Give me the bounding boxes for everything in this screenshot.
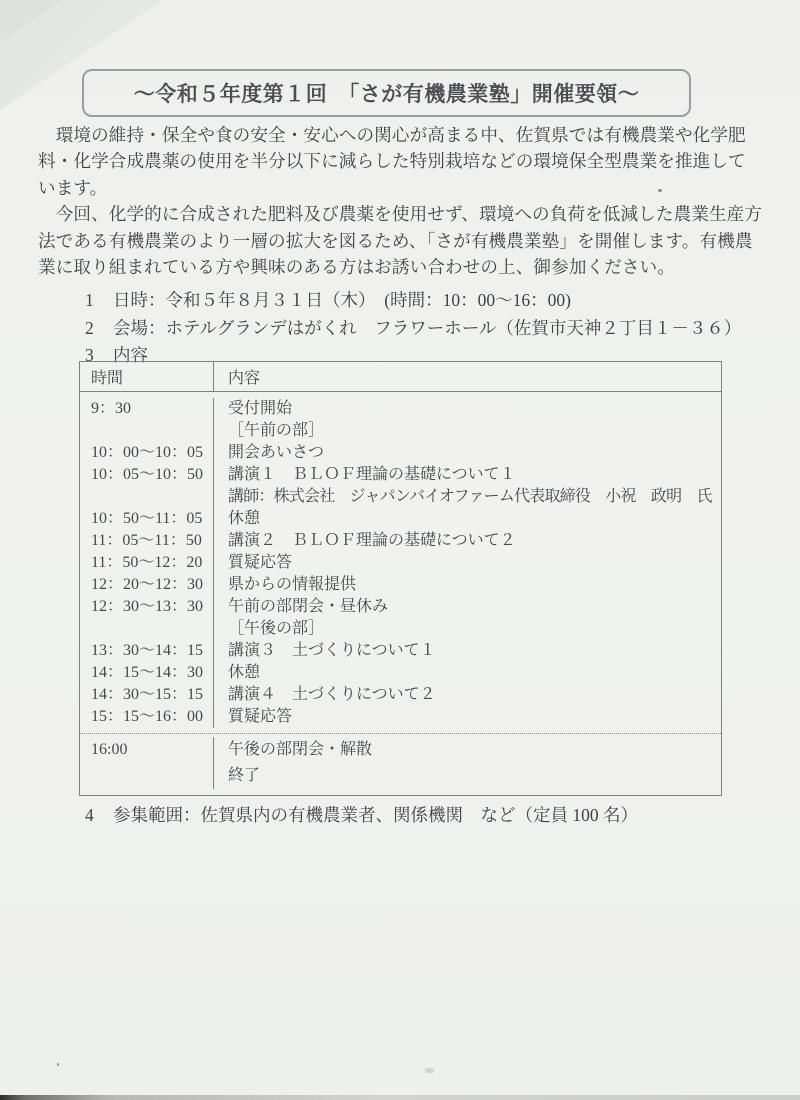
schedule-content: 午前の部閉会・昼休み (214, 596, 721, 618)
schedule-time: 10：00～10：05 (80, 442, 214, 464)
schedule-content: 休憩 (214, 508, 721, 530)
schedule-content: 開会あいさつ (214, 442, 721, 464)
schedule-row: 14：30～15：15 講演４ 土づくりについて２ (80, 684, 721, 706)
schedule-row: 16:00 午後の部閉会・解散 (80, 737, 721, 763)
schedule-row: ［午前の部］ (80, 420, 721, 442)
schedule-time: 12：30～13：30 (80, 596, 214, 618)
col-header-content: 内容 (214, 362, 721, 391)
schedule-row: 11：05～11：50 講演２ ＢＬＯＦ理論の基礎について２ (80, 530, 721, 552)
schedule-content: 受付開始 (214, 398, 721, 420)
scan-speck (658, 189, 662, 192)
schedule-row: 12：20～12：30 県からの情報提供 (80, 574, 721, 596)
schedule-content: ［午前の部］ (214, 420, 721, 442)
item-number: 2 (85, 318, 97, 339)
item-venue-text: 会場：ホテルグランデはがくれ フラワーホール（佐賀市天神２丁目１－３６） (113, 318, 741, 338)
item-venue: 2会場：ホテルグランデはがくれ フラワーホール（佐賀市天神２丁目１－３６） (85, 315, 741, 340)
schedule-time (80, 420, 214, 442)
col-header-time: 時間 (80, 362, 214, 391)
schedule-time (80, 618, 214, 640)
schedule-row: 13：30～14：15 講演３ 土づくりについて１ (80, 640, 721, 662)
schedule-time: 12：20～12：30 (80, 574, 214, 596)
schedule-time: 14：30～15：15 (80, 684, 214, 706)
schedule-time (80, 763, 214, 789)
schedule-content: 講演３ 土づくりについて１ (214, 640, 721, 662)
intro-paragraph-2: 今回、化学的に合成された肥料及び農薬を使用せず、環境への負荷を低減した農業生産方… (38, 201, 790, 280)
schedule-content: 質疑応答 (214, 706, 721, 728)
schedule-time: 11：50～12：20 (80, 552, 214, 574)
schedule-content: 午後の部閉会・解散 (214, 737, 721, 763)
schedule-content: 講演４ 土づくりについて２ (214, 684, 721, 706)
item-participants: 4参集範囲：佐賀県内の有機農業者、関係機関 など（定員 100 名） (85, 802, 638, 827)
schedule-row: ［午後の部］ (80, 618, 721, 640)
item-datetime-text: 日時：令和５年８月３１日（木） (時間：10：00～16：00) (113, 290, 571, 310)
schedule-row: 10：50～11：05 休憩 (80, 508, 721, 530)
intro-paragraph-1: 環境の維持・保全や食の安全・安心への関心が高まる中、佐賀県では有機農業や化学肥 … (38, 122, 790, 201)
intro-section: 環境の維持・保全や食の安全・安心への関心が高まる中、佐賀県では有機農業や化学肥 … (38, 122, 790, 280)
schedule-time: 11：05～11：50 (80, 530, 214, 552)
schedule-row: 14：15～14：30 休憩 (80, 662, 721, 684)
schedule-time: 14：15～14：30 (80, 662, 214, 684)
scan-speck (57, 1063, 59, 1066)
schedule-content: 休憩 (214, 662, 721, 684)
schedule-body: 9：30 受付開始 ［午前の部］ 10：00～10：05 開会あいさつ 10：0… (80, 392, 721, 733)
scan-smudge (425, 1068, 434, 1073)
schedule-content: 講演２ ＢＬＯＦ理論の基礎について２ (214, 530, 721, 552)
schedule-header-row: 時間 内容 (80, 362, 721, 392)
item-number: 1 (85, 290, 97, 311)
schedule-row: 10：05～10：50 講演１ ＢＬＯＦ理論の基礎について１ (80, 464, 721, 486)
schedule-content: 講師：株式会社 ジャパンバイオファーム代表取締役 小祝 政明 氏 (214, 486, 721, 508)
schedule-content: 終了 (214, 763, 721, 789)
scan-bottom-edge (0, 1095, 800, 1100)
schedule-row: 12：30～13：30 午前の部閉会・昼休み (80, 596, 721, 618)
item-participants-text: 参集範囲：佐賀県内の有機農業者、関係機関 など（定員 100 名） (113, 805, 638, 825)
schedule-content: 質疑応答 (214, 552, 721, 574)
schedule-time: 10：05～10：50 (80, 464, 214, 486)
schedule-row: 講師：株式会社 ジャパンバイオファーム代表取締役 小祝 政明 氏 (80, 486, 721, 508)
schedule-content: 講演１ ＢＬＯＦ理論の基礎について１ (214, 464, 721, 486)
schedule-row: 11：50～12：20 質疑応答 (80, 552, 721, 574)
schedule-table: 時間 内容 9：30 受付開始 ［午前の部］ 10：00～10：05 開会あいさ… (79, 361, 722, 796)
item-number: 4 (85, 805, 97, 826)
schedule-time: 9：30 (80, 398, 214, 420)
schedule-row: 15：15～16：00 質疑応答 (80, 706, 721, 728)
schedule-time: 10：50～11：05 (80, 508, 214, 530)
schedule-content: 県からの情報提供 (214, 574, 721, 596)
schedule-row: 10：00～10：05 開会あいさつ (80, 442, 721, 464)
schedule-time: 13：30～14：15 (80, 640, 214, 662)
item-datetime: 1日時：令和５年８月３１日（木） (時間：10：00～16：00) (85, 287, 571, 312)
schedule-time: 16:00 (80, 737, 214, 763)
schedule-content: ［午後の部］ (214, 618, 721, 640)
schedule-time: 15：15～16：00 (80, 706, 214, 728)
schedule-footer: 16:00 午後の部閉会・解散 終了 (80, 733, 721, 795)
document-title: ～令和５年度第１回 「さが有機農業塾」開催要領～ (134, 78, 640, 108)
schedule-row: 9：30 受付開始 (80, 398, 721, 420)
document-title-box: ～令和５年度第１回 「さが有機農業塾」開催要領～ (82, 69, 691, 117)
scanned-document-page: ～令和５年度第１回 「さが有機農業塾」開催要領～ 環境の維持・保全や食の安全・安… (0, 0, 800, 1100)
schedule-row: 終了 (80, 763, 721, 789)
schedule-time (80, 486, 214, 508)
